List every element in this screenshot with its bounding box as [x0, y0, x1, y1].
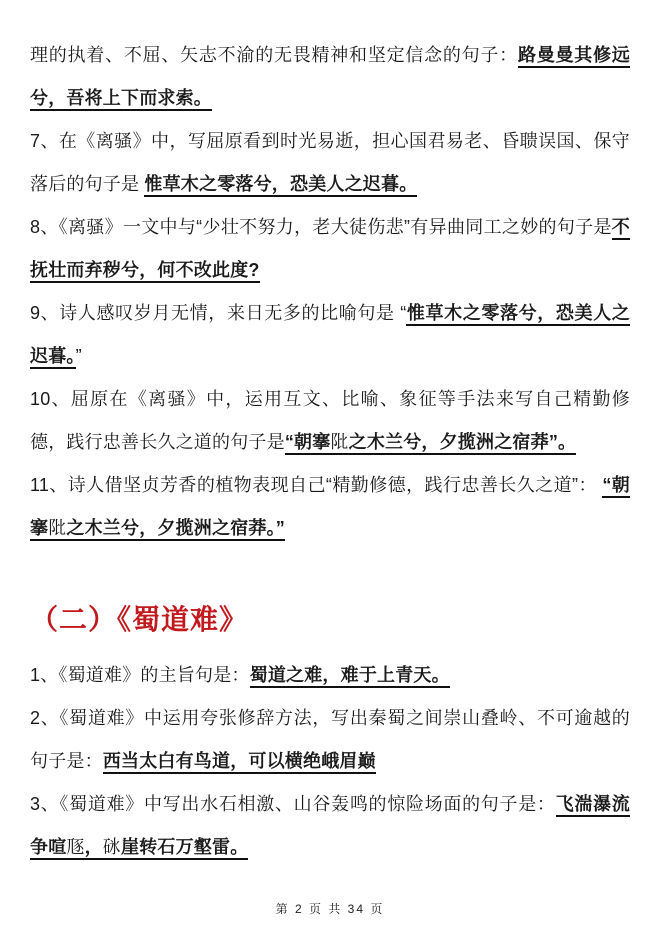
- qa-paragraph: 10、屈原在《离骚》中，运用互文、比喻、象征等手法来写自己精勤修德，践行忠善长久…: [30, 378, 630, 464]
- question-text: 理的执着、不屈、矢志不渝的无畏精神和坚定信念的句子：: [30, 45, 518, 65]
- answer-text: 之木兰兮，夕揽洲之宿莽”。: [349, 432, 577, 455]
- qa-paragraph: 1、《蜀道难》的主旨句是：蜀道之难，难于上青天。: [30, 654, 630, 697]
- section-heading: （二）《蜀道难》: [30, 600, 630, 640]
- answer-text: 之木兰兮，夕揽洲之宿莽。”: [66, 518, 285, 541]
- answer-text-rare-glyph: 阰: [48, 518, 66, 541]
- question-text: 3、《蜀道难》中写出水石相激、山谷轰鸣的惊险场面的句子是：: [30, 794, 556, 814]
- qa-paragraph: 7、在《离骚》中，写屈原看到时光易逝，担心国君易老、昏聩误国、保守落后的句子是 …: [30, 120, 630, 206]
- question-text: 8、《离骚》一文中与“少壮不努力，老大徒伤悲”有异曲同工之妙的句子是: [30, 217, 612, 237]
- document-page: 理的执着、不屈、矢志不渝的无畏精神和坚定信念的句子：路曼曼其修远兮，吾将上下而求…: [0, 0, 660, 933]
- question-text: 11、诗人借坚贞芳香的植物表现自己“精勤修德，践行忠善长久之道”：: [30, 475, 602, 495]
- document-body: 理的执着、不屈、矢志不渝的无畏精神和坚定信念的句子：路曼曼其修远兮，吾将上下而求…: [0, 0, 660, 869]
- answer-text-rare-glyph: 豗: [66, 837, 84, 860]
- qa-paragraph: 9、诗人感叹岁月无情，来日无多的比喻句是 “惟草木之零落兮，恐美人之迟暮。”: [30, 292, 630, 378]
- question-text: ”: [76, 346, 82, 366]
- answer-text-rare-glyph: 阰: [330, 432, 348, 455]
- qa-paragraph: 8、《离骚》一文中与“少壮不努力，老大徒伤悲”有异曲同工之妙的句子是不抚壮而弃秽…: [30, 206, 630, 292]
- qa-paragraph: 理的执着、不屈、矢志不渝的无畏精神和坚定信念的句子：路曼曼其修远兮，吾将上下而求…: [30, 34, 630, 120]
- answer-text: “朝搴: [285, 432, 331, 455]
- qa-paragraph: 11、诗人借坚贞芳香的植物表现自己“精勤修德，践行忠善长久之道”： “朝搴阰之木…: [30, 464, 630, 550]
- question-text: 1、《蜀道难》的主旨句是：: [30, 665, 250, 685]
- answer-text: 惟草木之零落兮，恐美人之迟暮。: [144, 174, 417, 197]
- question-text: 9、诗人感叹岁月无情，来日无多的比喻句是 “: [30, 303, 406, 323]
- answer-text: 蜀道之难，难于上青天。: [250, 665, 450, 688]
- qa-paragraph: 2、《蜀道难》中运用夸张修辞方法，写出秦蜀之间崇山叠岭、不可逾越的句子是：西当太…: [30, 697, 630, 783]
- qa-paragraph: 3、《蜀道难》中写出水石相激、山谷轰鸣的惊险场面的句子是：飞湍瀑流争喧豗，砯崖转…: [30, 783, 630, 869]
- answer-text: ，: [85, 837, 103, 860]
- answer-text: 西当太白有鸟道，可以横绝峨眉巅: [103, 751, 376, 774]
- answer-text-rare-glyph: 砯: [103, 837, 121, 860]
- answer-text: 崖转石万壑雷。: [121, 837, 248, 860]
- page-footer: 第 2 页 共 34 页: [0, 900, 660, 917]
